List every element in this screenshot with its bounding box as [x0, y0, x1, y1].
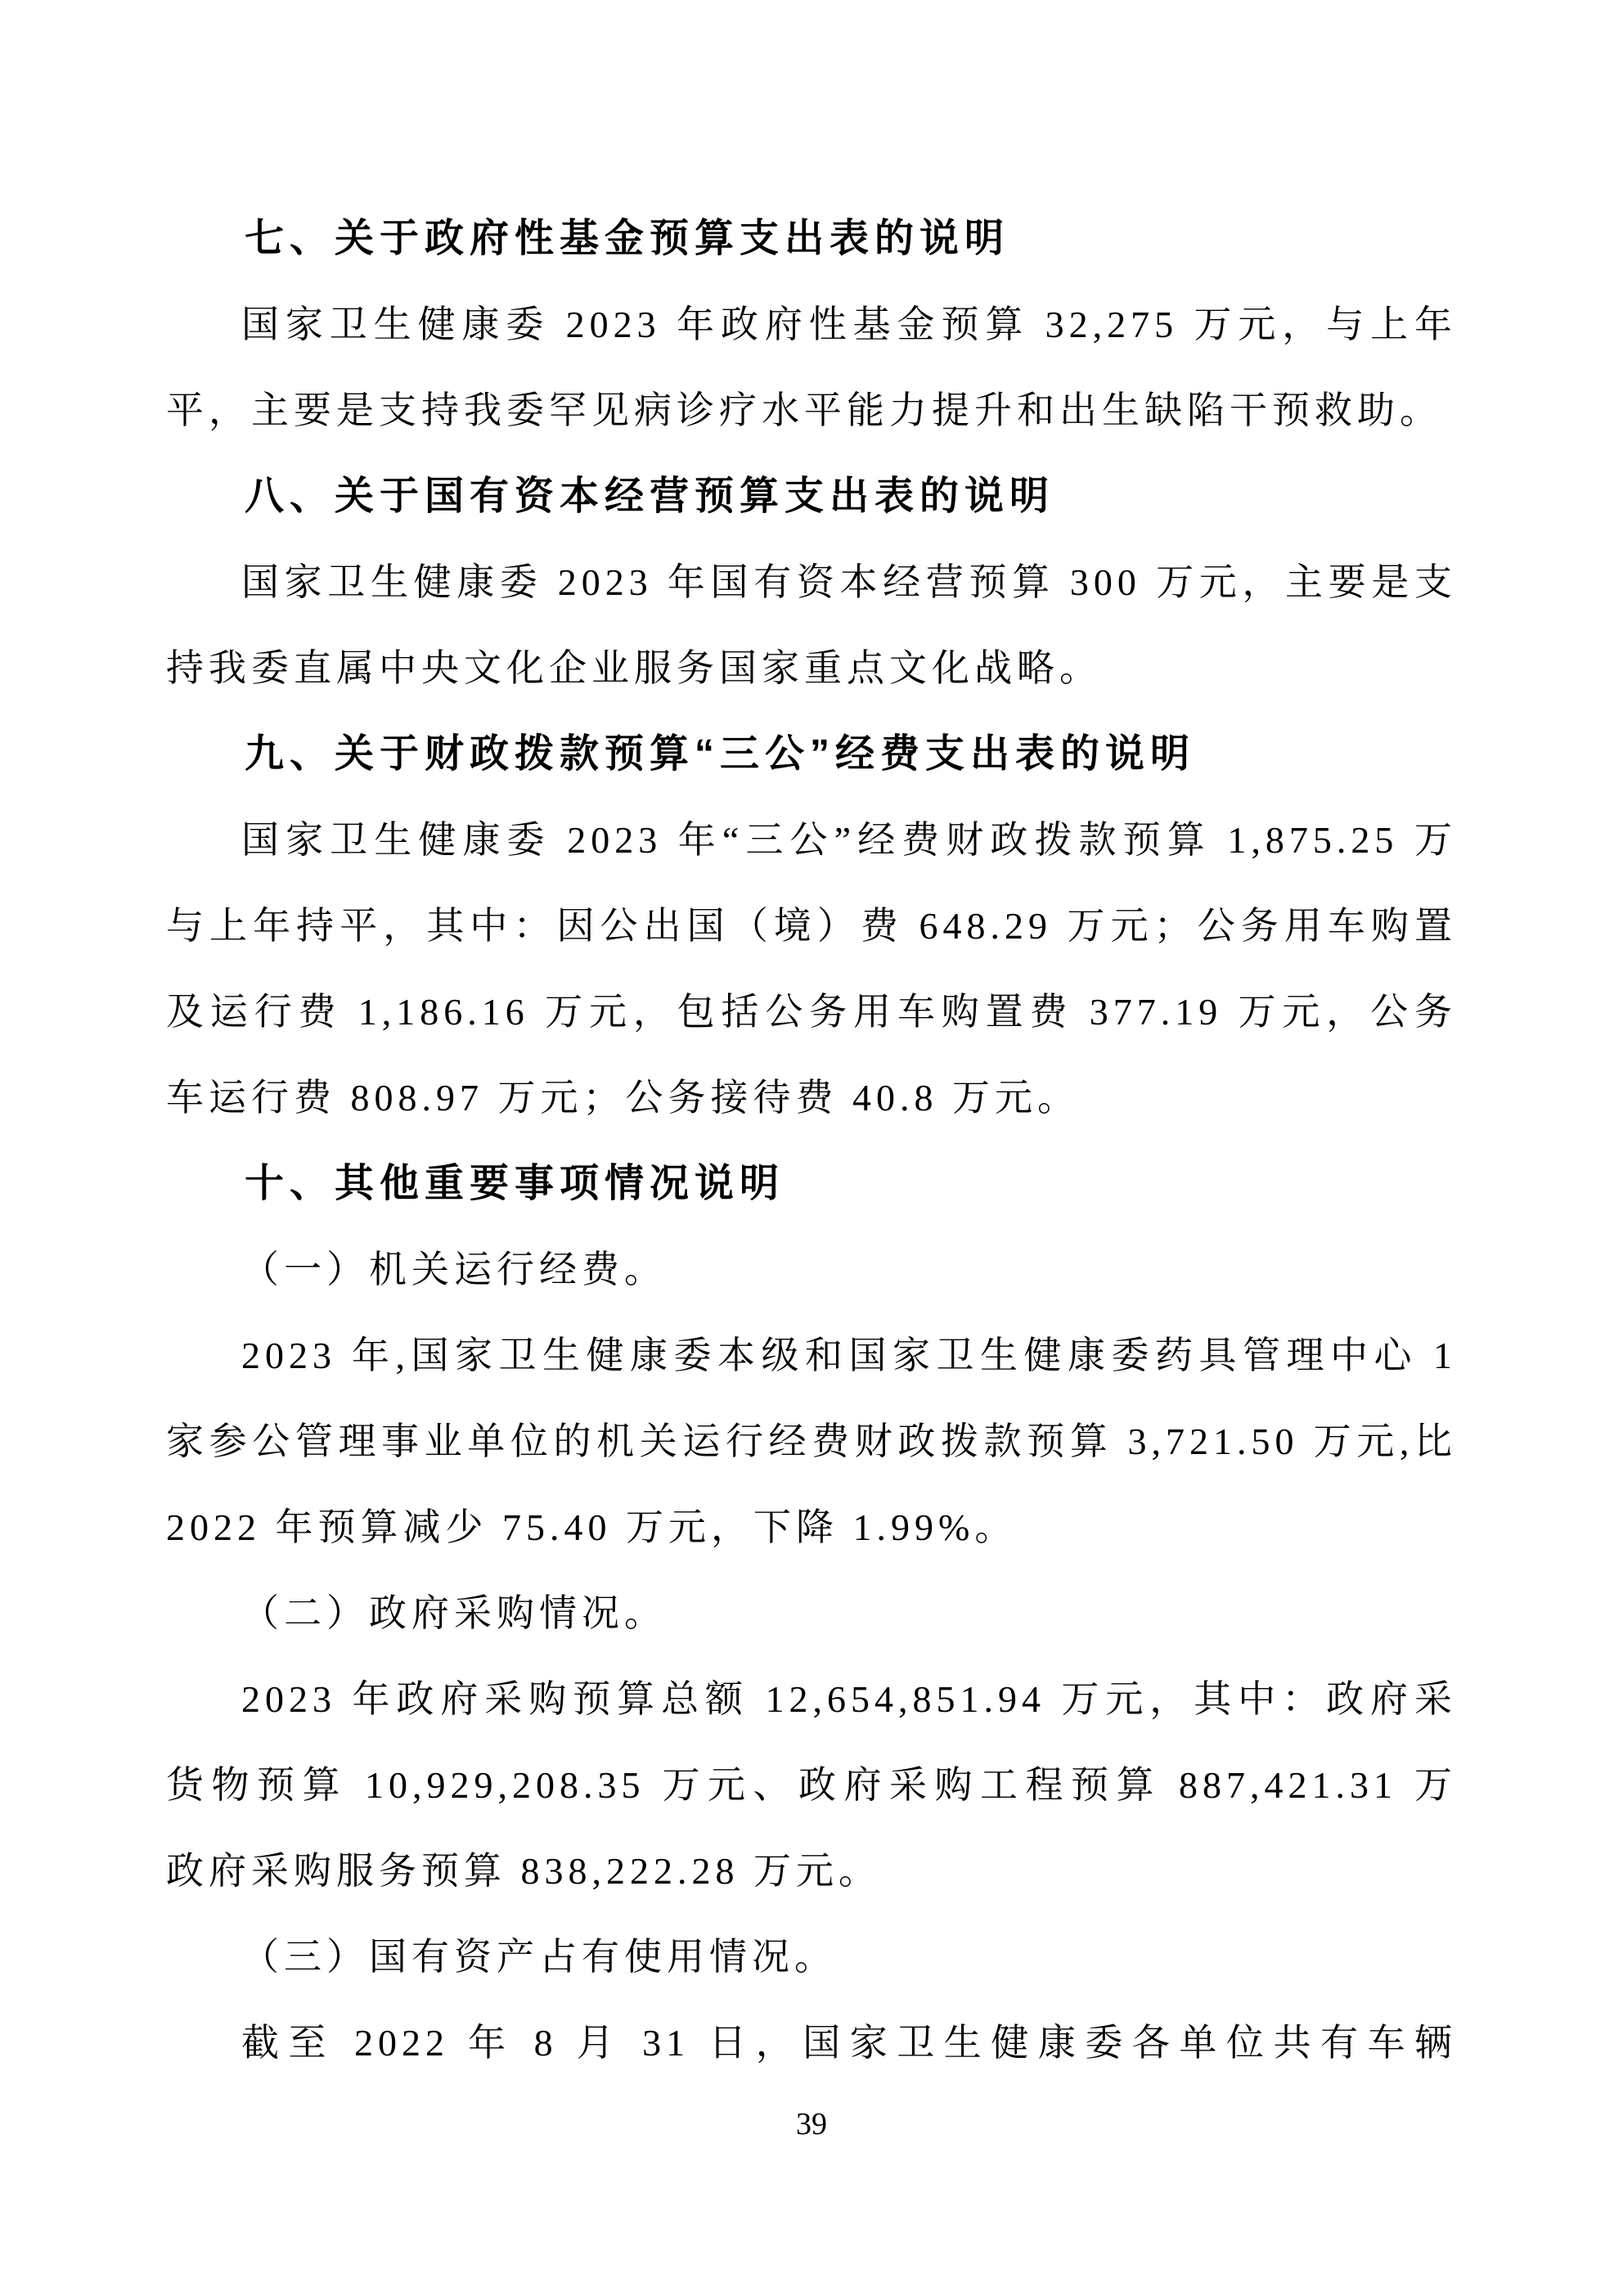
- paragraph-line: 政府采购服务预算 838,222.28 万元。: [166, 1828, 1457, 1914]
- paragraph-line: 家参公管理事业单位的机关运行经费财政拨款预算 3,721.50 万元,比: [166, 1398, 1457, 1484]
- section-heading: 九、关于财政拨款预算“三公”经费支出表的说明: [166, 711, 1457, 797]
- paragraph-line: 国家卫生健康委 2023 年“三公”经费财政拨款预算 1,875.25 万元，: [166, 797, 1457, 883]
- page-number: 39: [0, 2108, 1623, 2141]
- paragraph-line: 2023 年政府采购预算总额 12,654,851.94 万元，其中：政府采购: [166, 1656, 1457, 1742]
- paragraph-line: 持我委直属中央文化企业服务国家重点文化战略。: [166, 625, 1457, 711]
- paragraph-line: 国家卫生健康委 2023 年政府性基金预算 32,275 万元，与上年持: [166, 281, 1457, 367]
- paragraph-line: 与上年持平，其中：因公出国（境）费 648.29 万元；公务用车购置: [166, 883, 1457, 969]
- paragraph-line: 平，主要是支持我委罕见病诊疗水平能力提升和出生缺陷干预救助。: [166, 367, 1457, 453]
- document-page: 七、关于政府性基金预算支出表的说明国家卫生健康委 2023 年政府性基金预算 3…: [0, 0, 1623, 2296]
- sub-heading: （二）政府采购情况。: [166, 1570, 1457, 1656]
- sub-heading: （三）国有资产占有使用情况。: [166, 1914, 1457, 2000]
- paragraph-line: 截至 2022 年 8 月 31 日，国家卫生健康委各单位共有车辆 1,283: [166, 2000, 1457, 2086]
- section-heading: 八、关于国有资本经营预算支出表的说明: [166, 453, 1457, 539]
- paragraph-line: 车运行费 808.97 万元；公务接待费 40.8 万元。: [166, 1055, 1457, 1141]
- document-content: 七、关于政府性基金预算支出表的说明国家卫生健康委 2023 年政府性基金预算 3…: [166, 196, 1457, 2086]
- paragraph-line: 2023 年,国家卫生健康委本级和国家卫生健康委药具管理中心 1: [166, 1312, 1457, 1398]
- paragraph-line: 国家卫生健康委 2023 年国有资本经营预算 300 万元，主要是支: [166, 539, 1457, 625]
- paragraph-line: 货物预算 10,929,208.35 万元、政府采购工程预算 887,421.3…: [166, 1742, 1457, 1828]
- section-heading: 十、其他重要事项情况说明: [166, 1141, 1457, 1227]
- paragraph-line: 及运行费 1,186.16 万元，包括公务用车购置费 377.19 万元，公务用: [166, 969, 1457, 1055]
- section-heading: 七、关于政府性基金预算支出表的说明: [166, 196, 1457, 281]
- sub-heading: （一）机关运行经费。: [166, 1227, 1457, 1312]
- paragraph-line: 2022 年预算减少 75.40 万元，下降 1.99%。: [166, 1484, 1457, 1570]
